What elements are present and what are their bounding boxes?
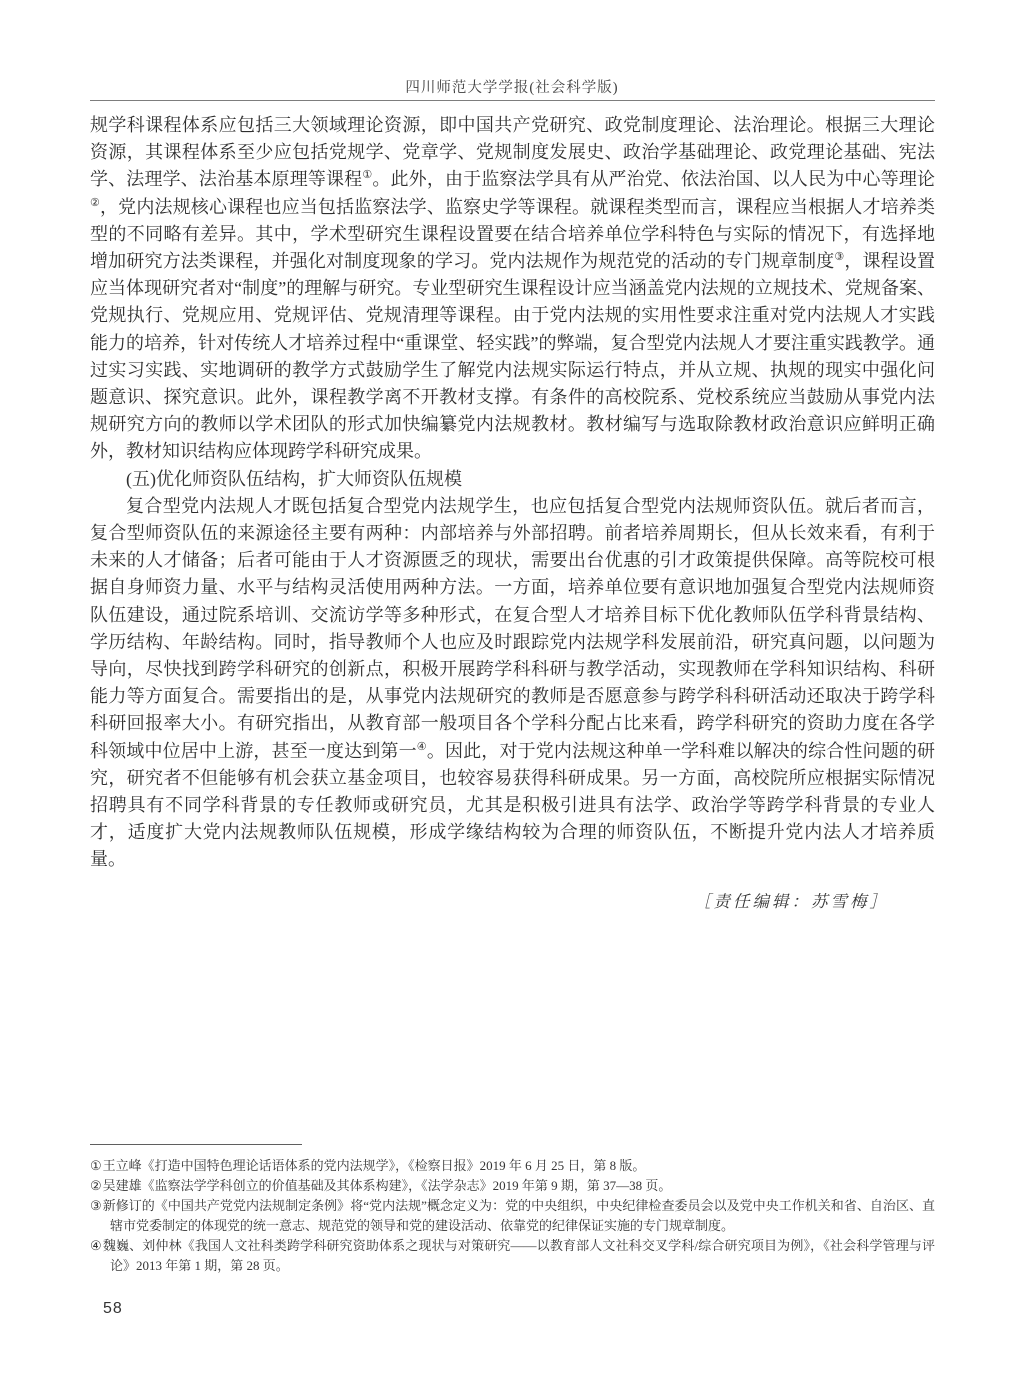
footnote-text: 新修订的《中国共产党党内法规制定条例》将“党内法规”概念定义为：党的中央组织，中…: [103, 1198, 935, 1233]
footnotes-list: ①王立峰《打造中国特色理论话语体系的党内法规学》，《检察日报》2019 年 6 …: [90, 1156, 935, 1276]
footnote-text: 吴建雄《监察法学学科创立的价值基础及其体系构建》，《法学杂志》2019 年第 9…: [103, 1178, 672, 1193]
footnote-marker: ③: [90, 1198, 102, 1213]
footnote-text: 王立峰《打造中国特色理论话语体系的党内法规学》，《检察日报》2019 年 6 月…: [103, 1158, 646, 1173]
responsible-editor-note: ［责任编辑：苏雪梅］: [90, 888, 935, 915]
page-number: 58: [103, 1300, 123, 1318]
body-paragraph: 复合型党内法规人才既包括复合型党内法规学生，也应包括复合型党内法规师资队伍。就后…: [90, 493, 935, 874]
article-body: 规学科课程体系应包括三大领域理论资源，即中国共产党研究、政党制度理论、法治理论。…: [90, 112, 935, 915]
footnote-marker: ③: [834, 251, 844, 263]
section-heading: (五)优化师资队伍结构，扩大师资队伍规模: [90, 466, 935, 493]
running-head: 四川师范大学学报(社会科学版): [0, 76, 1024, 97]
footnote-marker: ②: [90, 197, 100, 209]
footnote-item: ①王立峰《打造中国特色理论话语体系的党内法规学》，《检察日报》2019 年 6 …: [90, 1156, 935, 1176]
footnote-marker: ①: [90, 1158, 102, 1173]
footnote-separator-rule: [90, 1144, 302, 1145]
footnote-marker: ④: [417, 741, 427, 753]
footnote-text: 魏巍、刘仲林《我国人文社科类跨学科研究资助体系之现状与对策研究——以教育部人文社…: [103, 1238, 935, 1273]
footnotes-section: ①王立峰《打造中国特色理论话语体系的党内法规学》，《检察日报》2019 年 6 …: [90, 1144, 935, 1276]
footnote-marker: ④: [90, 1238, 102, 1253]
header-rule: [90, 100, 935, 101]
footnote-item: ④魏巍、刘仲林《我国人文社科类跨学科研究资助体系之现状与对策研究——以教育部人文…: [90, 1236, 935, 1276]
footnote-marker: ①: [362, 169, 372, 181]
footnote-item: ③新修订的《中国共产党党内法规制定条例》将“党内法规”概念定义为：党的中央组织，…: [90, 1196, 935, 1236]
journal-page: 四川师范大学学报(社会科学版) 规学科课程体系应包括三大领域理论资源，即中国共产…: [0, 0, 1024, 1385]
body-paragraph: 规学科课程体系应包括三大领域理论资源，即中国共产党研究、政党制度理论、法治理论。…: [90, 112, 935, 466]
footnote-item: ②吴建雄《监察法学学科创立的价值基础及其体系构建》，《法学杂志》2019 年第 …: [90, 1176, 935, 1196]
footnote-marker: ②: [90, 1178, 102, 1193]
